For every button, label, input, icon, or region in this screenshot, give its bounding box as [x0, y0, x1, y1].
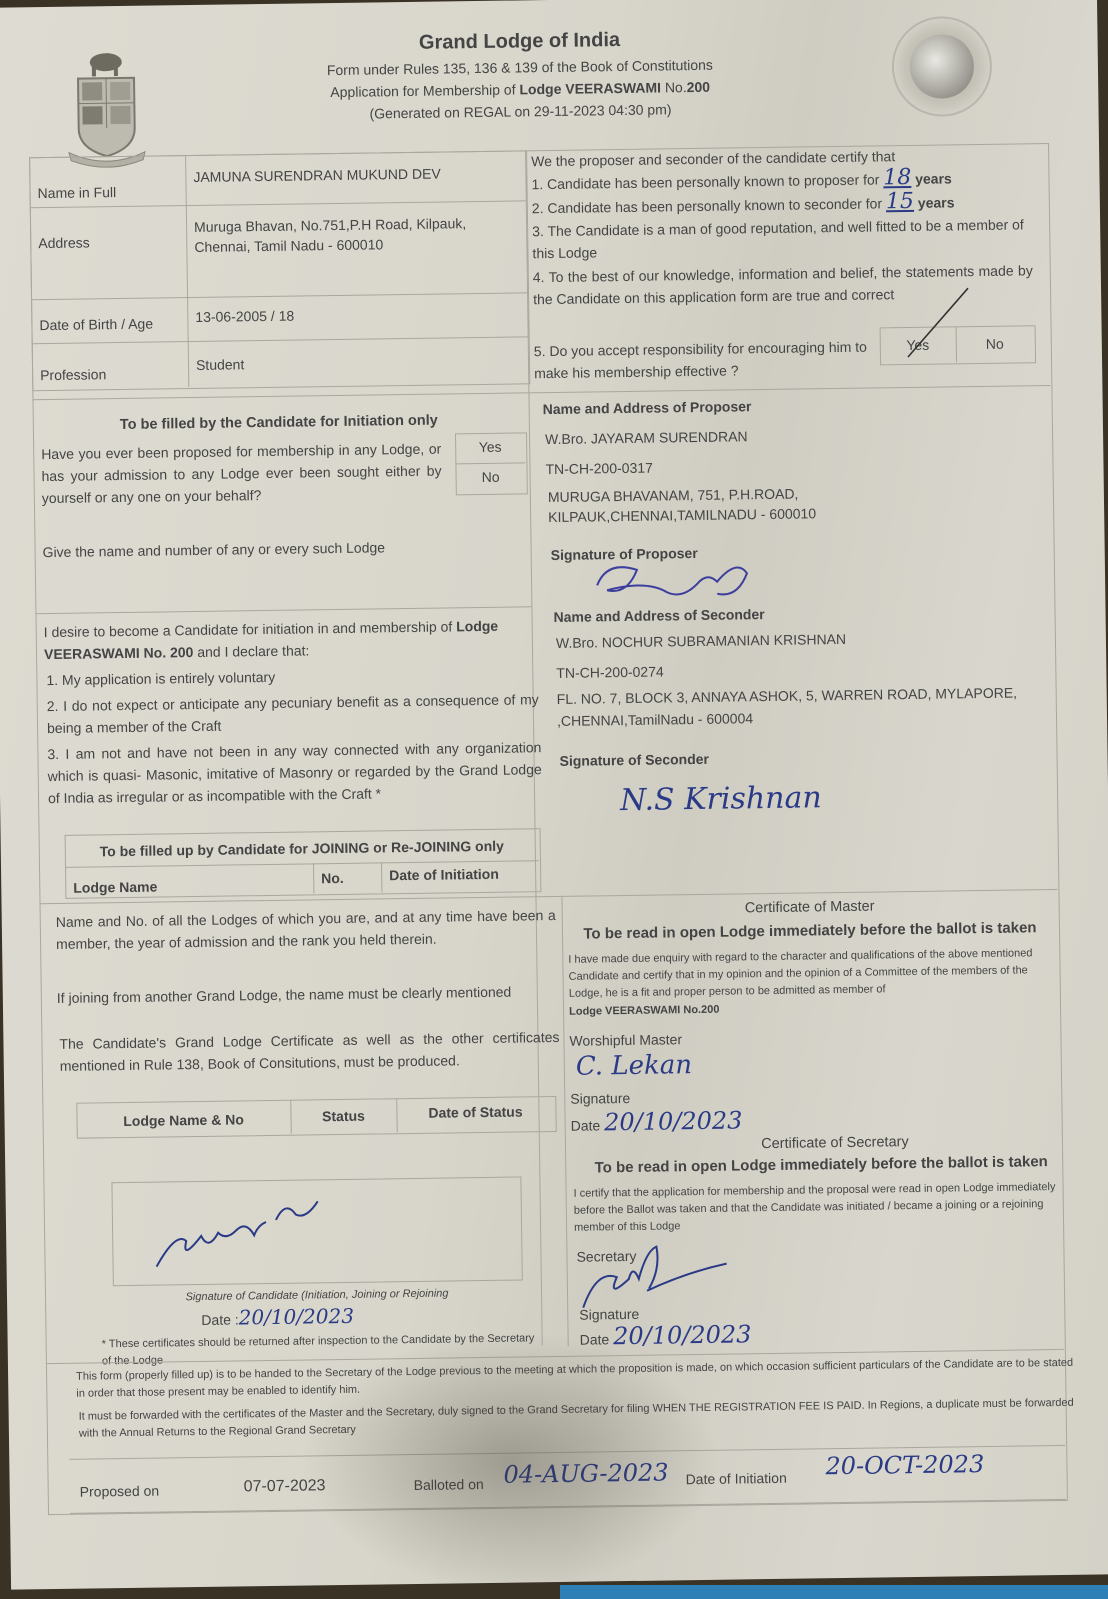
profession-label: Profession [40, 366, 106, 383]
background-surface [560, 1585, 1108, 1599]
balloted-on-value: 04-AUG-2023 [503, 1458, 668, 1488]
balloted-on-label: Balloted on [414, 1473, 484, 1496]
status-col-date: Date of Status [396, 1100, 554, 1124]
profession-value: Student [196, 356, 244, 373]
name-label: Name in Full [37, 184, 116, 201]
candidate-date-value: 20/10/2023 [239, 1304, 355, 1330]
secretary-cert-body: I certify that the application for membe… [574, 1179, 1071, 1237]
initiation-question: Have you ever been proposed for membersh… [41, 438, 442, 510]
proposer-years-value: 18 [883, 165, 911, 190]
grand-lodge-seal-icon [891, 16, 992, 117]
application-form-page: Grand Lodge of India Form under Rules 13… [0, 0, 1108, 1590]
master-cert-body: I have made due enquiry with regard to t… [568, 945, 1059, 1003]
master-signature: C. Lekan [576, 1050, 693, 1082]
proposer-id: TN-CH-200-0317 [545, 457, 653, 480]
seconder-years-value: 15 [886, 189, 914, 214]
generated-line: (Generated on REGAL on 29-11-2023 04:30 … [270, 100, 770, 123]
secretary-date: Date 20/10/2023 [579, 1323, 751, 1350]
seconder-heading: Name and Address of Seconder [553, 603, 764, 628]
proposed-on-label: Proposed on [80, 1480, 160, 1503]
tick-mark-icon [893, 284, 974, 365]
page-title: Grand Lodge of India [269, 27, 769, 57]
seconder-id: TN-CH-200-0274 [556, 660, 664, 683]
lodges-info-para-1: Name and No. of all the Lodges of which … [56, 904, 557, 955]
proposer-heading: Name and Address of Proposer [543, 395, 752, 420]
candidate-date: Date :20/10/2023 [201, 1305, 354, 1331]
master-date-value: 20/10/2023 [604, 1106, 743, 1136]
seconder-signature-label: Signature of Seconder [559, 748, 709, 772]
status-col-status: Status [290, 1104, 396, 1127]
joining-col-date: Date of Initiation [389, 863, 499, 887]
secretary-date-value: 20/10/2023 [613, 1320, 752, 1350]
proposed-on-value: 07-07-2023 [244, 1475, 326, 1498]
seconder-name: W.Bro. NOCHUR SUBRAMANIAN KRISHNAN [556, 628, 846, 654]
worshipful-master-label: Worshipful Master [569, 1028, 682, 1052]
proposer-address-2: KILPAUK,CHENNAI,TAMILNADU - 600010 [548, 502, 816, 528]
dob-value: 13-06-2005 / 18 [195, 308, 294, 325]
initiation-no-option[interactable]: No [455, 468, 525, 485]
lodge-crest-icon [62, 48, 152, 169]
proposer-name: W.Bro. JAYARAM SURENDRAN [545, 425, 748, 450]
certify-item-5: 5. Do you accept responsibility for enco… [534, 335, 875, 384]
address-label: Address [38, 234, 90, 251]
certify-item-3: 3. The Candidate is a man of good reputa… [532, 213, 1033, 264]
joining-col-lodge-name: Lodge Name [73, 876, 157, 899]
initiation-yes-option[interactable]: Yes [455, 438, 525, 455]
master-cert-lodge: Lodge VEERASWAMI No.200 [569, 1002, 720, 1021]
declaration-item-3: 3. I am not and have not been in any way… [47, 736, 542, 809]
date-of-initiation-label: Date of Initiation [685, 1467, 786, 1490]
declaration-intro: I desire to become a Candidate for initi… [44, 614, 539, 665]
date-of-initiation-value: 20-OCT-2023 [825, 1450, 984, 1480]
dob-label: Date of Birth / Age [39, 316, 153, 334]
form-header: Grand Lodge of India Form under Rules 13… [269, 27, 770, 123]
application-line: Application for Membership of Lodge VEER… [270, 78, 770, 101]
form-rules-line: Form under Rules 135, 136 & 139 of the B… [270, 56, 770, 79]
master-date: Date 20/10/2023 [570, 1109, 742, 1136]
status-col-lodge: Lodge Name & No [76, 1108, 290, 1133]
master-signature-label: Signature [570, 1087, 630, 1110]
seconder-signature: N.S Krishnan [620, 780, 822, 818]
seconder-address-2: ,CHENNAI,TamilNadu - 600004 [557, 707, 753, 732]
declaration-item-2: 2. I do not expect or anticipate any pec… [47, 688, 540, 739]
candidate-signature [146, 1189, 327, 1282]
joining-col-no: No. [321, 867, 344, 889]
address-value: Muruga Bhavan, No.751,P.H Road, Kilpauk,… [194, 213, 513, 257]
lodges-info-para-3: The Candidate's Grand Lodge Certificate … [59, 1026, 560, 1077]
